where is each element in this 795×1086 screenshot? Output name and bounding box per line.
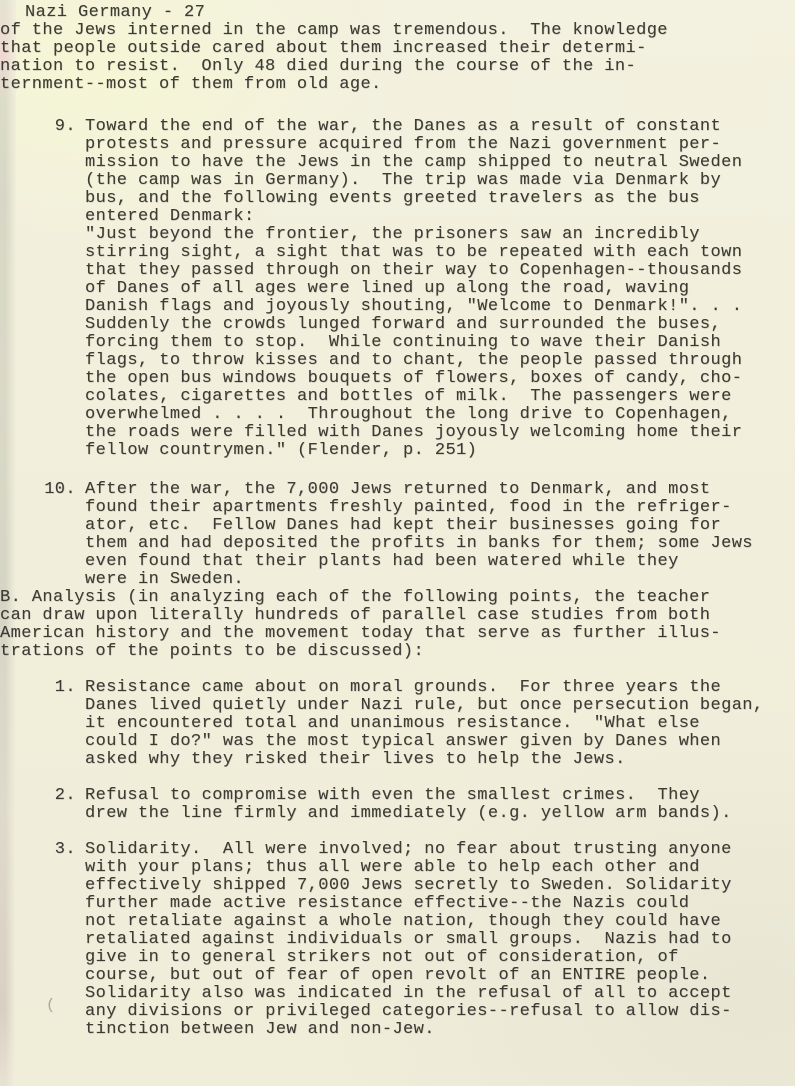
analysis-item-3-number: 3.	[55, 841, 76, 859]
analysis-item-1: 1. Resistance came about on moral ground…	[85, 679, 795, 769]
analysis-item-3-text: Solidarity. All were involved; no fear a…	[85, 841, 795, 1039]
faint-margin-mark: (	[46, 997, 55, 1015]
continuation-paragraph: of the Jews interned in the camp was tre…	[0, 22, 795, 94]
list-item-10-text: After the war, the 7,000 Jews returned t…	[85, 481, 795, 589]
typewritten-document: Nazi Germany - 27 of the Jews interned i…	[0, 0, 795, 1086]
document-page: Nazi Germany - 27 of the Jews interned i…	[0, 0, 795, 1086]
list-item-9-text: Toward the end of the war, the Danes as …	[85, 118, 795, 460]
list-item-10: 10. After the war, the 7,000 Jews return…	[85, 481, 795, 589]
analysis-item-2: 2. Refusal to compromise with even the s…	[85, 787, 795, 823]
analysis-item-2-text: Refusal to compromise with even the smal…	[85, 787, 795, 823]
analysis-item-3: 3. Solidarity. All were involved; no fea…	[85, 841, 795, 1039]
analysis-item-1-number: 1.	[55, 679, 76, 697]
analysis-item-2-number: 2.	[55, 787, 76, 805]
list-item-10-number: 10.	[44, 481, 76, 499]
section-b-analysis: B. Analysis (in analyzing each of the fo…	[0, 589, 795, 661]
list-item-9: 9. Toward the end of the war, the Danes …	[85, 118, 795, 460]
page-header: Nazi Germany - 27	[25, 4, 795, 22]
analysis-item-1-text: Resistance came about on moral grounds. …	[85, 679, 795, 769]
list-item-9-number: 9.	[55, 118, 76, 136]
